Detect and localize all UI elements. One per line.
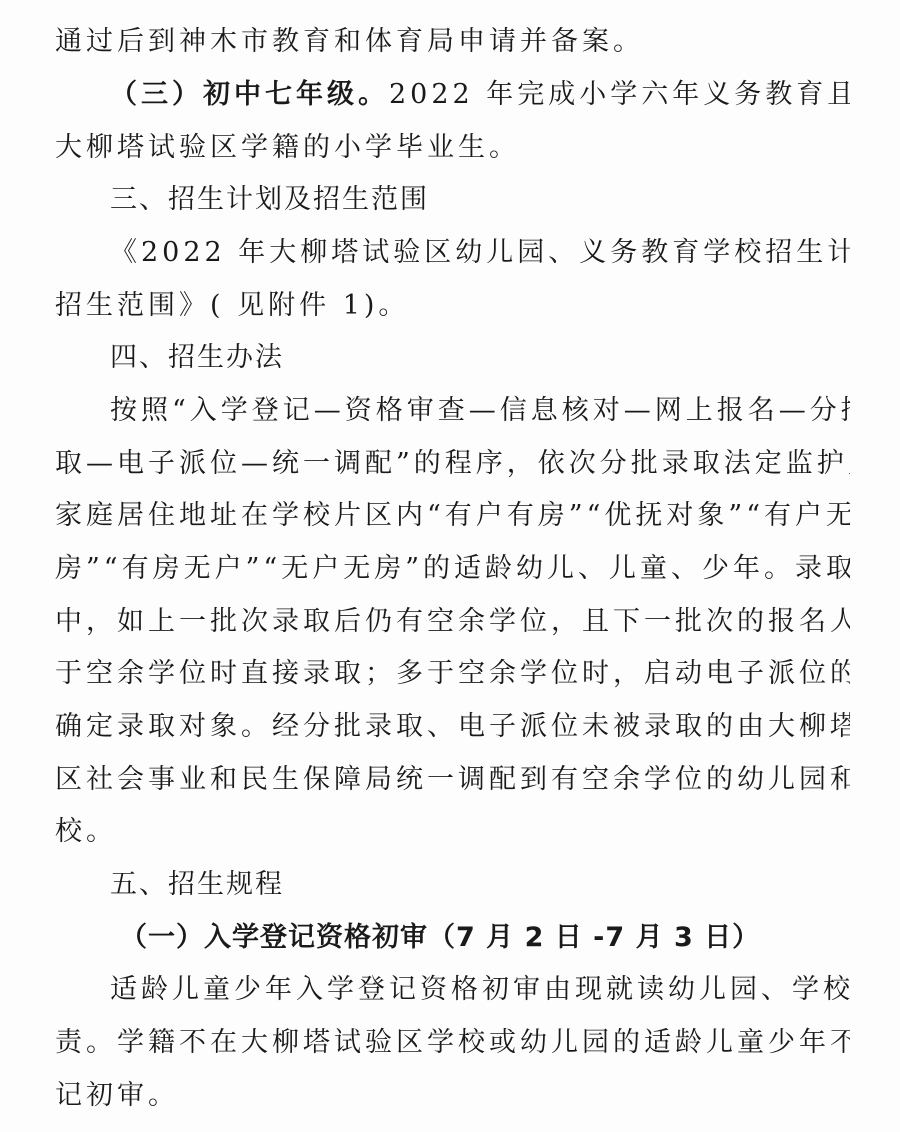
paragraph-line: 确定录取对象。经分批录取、电子派位未被录取的由大柳塔试验	[55, 709, 850, 745]
paragraph-line: 家庭居住地址在学校片区内“有户有房”“优抚对象”“有户无	[55, 498, 850, 534]
paragraph-line: 区社会事业和民生保障局统一调配到有空余学位的幼儿园和学	[55, 762, 850, 798]
paragraph-line: 按照“入学登记—资格审查—信息核对—网上报名—分批录	[110, 393, 850, 429]
paragraph-line: 通过后到神木市教育和体育局申请并备案。	[55, 24, 850, 60]
section-heading-4: 四、招生办法	[110, 340, 850, 376]
paragraph-line: 适龄儿童少年入学登记资格初审由现就读幼儿园、学校负	[110, 972, 850, 1008]
subsection-heading-1: （一）入学登记资格初审（7 月 2 日 -7 月 3 日）	[120, 920, 860, 956]
subsection-text: 2022 年完成小学六年义务教育且具有	[389, 79, 850, 110]
paragraph-line: 取—电子派位—统一调配”的程序，依次分批录取法定监护人现	[55, 446, 850, 482]
paragraph-line: 校。	[55, 814, 850, 850]
paragraph-line: 于空余学位时直接录取；多于空余学位时，启动电子派位的方式	[55, 656, 850, 692]
paragraph-line: （三）初中七年级。2022 年完成小学六年义务教育且具有	[110, 77, 850, 113]
paragraph-line: 招生范围》( 见附件 1)。	[55, 288, 850, 324]
section-heading-5: 五、招生规程	[110, 867, 850, 903]
paragraph-line: 大柳塔试验区学籍的小学毕业生。	[55, 130, 850, 166]
paragraph-line: 房”“有房无户”“无户无房”的适龄幼儿、儿童、少年。录取过程	[55, 551, 850, 587]
subsection-label-3: （三）初中七年级。	[110, 79, 389, 110]
paragraph-line: 中，如上一批次录取后仍有空余学位，且下一批次的报名人数少	[55, 604, 850, 640]
paragraph-line: 记初审。	[55, 1078, 850, 1114]
paragraph-line: 《2022 年大柳塔试验区幼儿园、义务教育学校招生计划及	[110, 235, 850, 271]
document-page: 通过后到神木市教育和体育局申请并备案。 （三）初中七年级。2022 年完成小学六…	[0, 0, 900, 1132]
section-heading-3: 三、招生计划及招生范围	[110, 182, 850, 218]
paragraph-line: 责。学籍不在大柳塔试验区学校或幼儿园的适龄儿童少年不予登	[55, 1025, 850, 1061]
